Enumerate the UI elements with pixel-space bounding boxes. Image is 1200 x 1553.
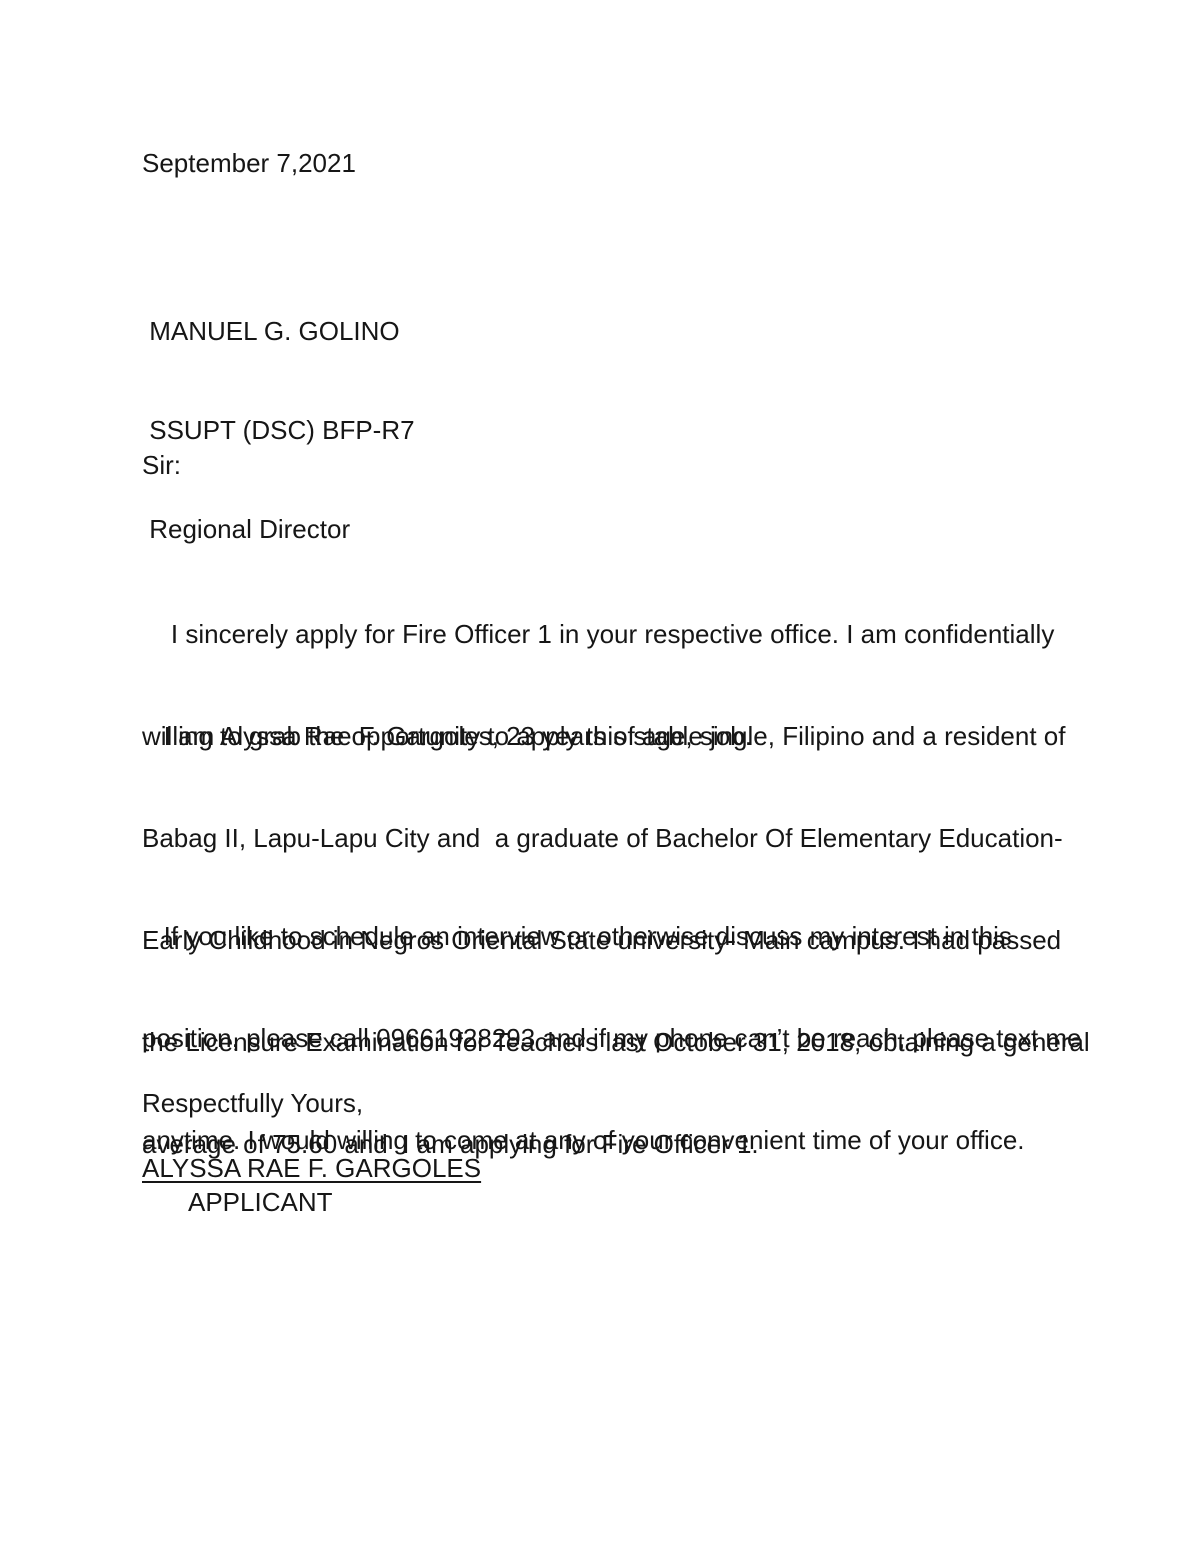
letter-page: September 7,2021 MANUEL G. GOLINO SSUPT …	[0, 0, 1200, 1553]
paragraph-line: I am Alyssa Rae F. Gargoles, 23 years of…	[142, 719, 1090, 753]
recipient-rank: SSUPT (DSC) BFP-R7	[142, 414, 415, 447]
salutation: Sir:	[142, 448, 181, 482]
paragraph-line: I sincerely apply for Fire Officer 1 in …	[142, 617, 1054, 651]
paragraph-line: position, please call 09661928293 and if…	[142, 1021, 1082, 1055]
recipient-title: Regional Director	[142, 513, 415, 546]
signature-name: ALYSSA RAE F. GARGOLES	[142, 1151, 481, 1185]
valediction: Respectfully Yours,	[142, 1086, 363, 1120]
letter-date: September 7,2021	[142, 146, 356, 180]
paragraph-line: If you like to schedule an interview or …	[142, 919, 1082, 953]
recipient-name: MANUEL G. GOLINO	[142, 315, 415, 348]
paragraph-line: Babag II, Lapu-Lapu City and a graduate …	[142, 821, 1090, 855]
signature-role: APPLICANT	[142, 1185, 333, 1219]
